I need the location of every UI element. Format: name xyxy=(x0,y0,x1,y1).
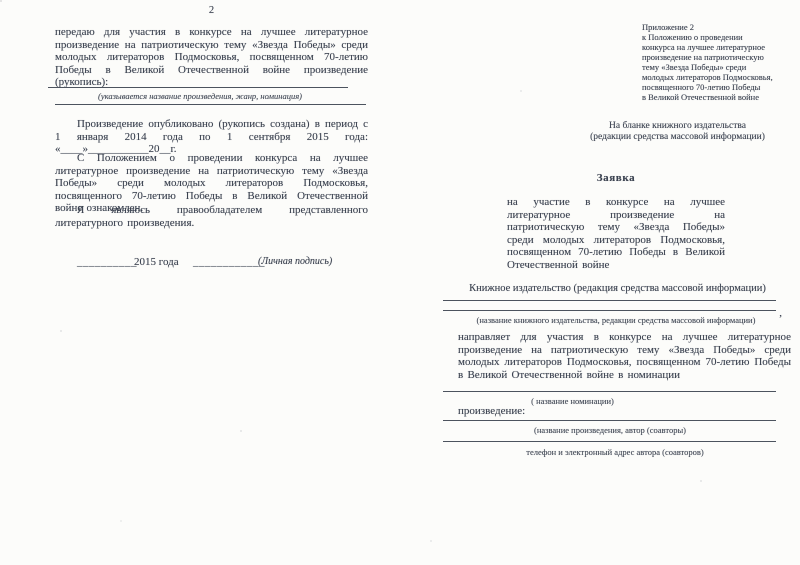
work-title-blank-line-2 xyxy=(55,104,366,105)
work-caption: (название произведения, автор (соавторы) xyxy=(440,425,780,435)
signature-blank: ____________ xyxy=(193,256,265,268)
appendix-line: в Великой Отечественной войне xyxy=(642,92,794,102)
appendix-line: конкурса на лучшее литературное xyxy=(642,42,794,52)
page-number: 2 xyxy=(55,5,368,16)
letterhead-note: На бланке книжного издательства (редакци… xyxy=(560,121,795,143)
work-blank-line xyxy=(443,420,776,421)
publisher-blank-line xyxy=(443,300,776,301)
publisher-line: Книжное издательство (редакция средства … xyxy=(460,283,775,294)
signature-row: __________ 2015 года ____________ (Лична… xyxy=(55,256,368,272)
scan-noise-specks xyxy=(0,0,2,2)
nomination-blank-line xyxy=(443,391,776,392)
appendix-line: молодых литераторов Подмосковья, xyxy=(642,72,794,82)
letterhead-line-1: На бланке книжного издательства xyxy=(560,121,795,132)
appendix-line: к Положению о проведении xyxy=(642,32,794,42)
appendix-line: произведение на патриотическую xyxy=(642,52,794,62)
work-label: произведение: xyxy=(458,405,525,417)
work-title-caption: (указывается название произведения, жанр… xyxy=(35,91,365,101)
appendix-line: Приложение 2 xyxy=(642,22,794,32)
publisher-caption: (название книжного издательства, редакци… xyxy=(440,315,792,325)
appendix-reference-block: Приложение 2 к Положению о проведении ко… xyxy=(642,22,794,102)
letterhead-line-2: (редакции средства массовой информации) xyxy=(560,132,795,143)
paragraph-published: Произведение опубликовано (рукопись созд… xyxy=(55,118,368,156)
appendix-line: посвященного 70-летию Победы xyxy=(642,82,794,92)
paragraph-submits: направляет для участия в конкурсе на луч… xyxy=(458,331,791,381)
application-title: Заявка xyxy=(507,172,725,184)
publisher-blank-line-2: , xyxy=(443,310,776,311)
contact-blank-line xyxy=(443,441,776,442)
paragraph-rightholder: Я являюсь правообладателем представленно… xyxy=(55,204,368,229)
scanned-document: 2 передаю для участия в конкурсе на лучш… xyxy=(0,0,800,565)
paragraph-transfer: передаю для участия в конкурсе на лучшее… xyxy=(55,26,368,89)
appendix-line: тему «Звезда Победы» среди xyxy=(642,62,794,72)
date-blank: __________ xyxy=(77,256,137,268)
contact-caption: телефон и электронный адрес автора (соав… xyxy=(450,447,780,457)
work-title-blank-line xyxy=(48,87,348,88)
date-year-label: 2015 года xyxy=(134,256,179,268)
signature-caption: (Личная подпись) xyxy=(258,256,332,267)
application-subtitle: на участие в конкурсе на лучшее литерату… xyxy=(507,196,725,271)
